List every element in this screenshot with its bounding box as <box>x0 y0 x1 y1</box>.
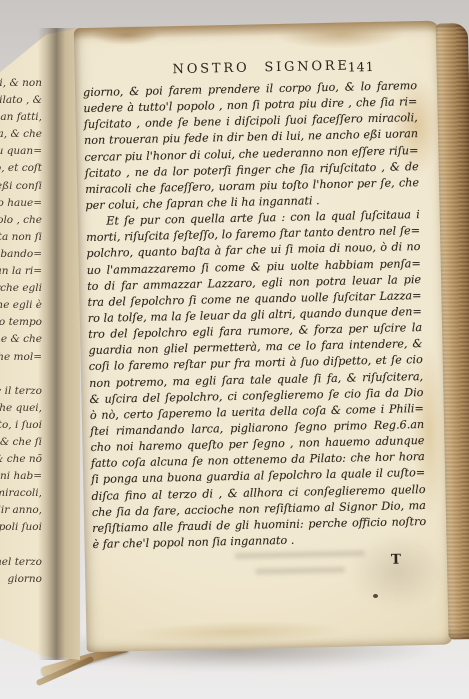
left-page-line-fragment: i, & non <box>0 75 42 92</box>
left-page-line-fragment: r che egli è <box>0 297 42 314</box>
left-page-line-fragment: perche egli <box>0 280 42 297</box>
signature-mark: T <box>391 552 401 568</box>
page-stain <box>276 19 407 50</box>
left-page-line-fragment: Pilato , & <box>0 92 42 109</box>
left-page-line-fragment: ono haue= <box>0 195 42 212</box>
left-page-line-fragment: oco tempo <box>0 314 42 331</box>
page-number: 141 <box>348 59 375 75</box>
left-page-line-fragment: ſcipoli ſuoi <box>0 519 42 536</box>
left-page-line-fragment: nel terzo <box>0 554 42 571</box>
left-page-line-fragment: uean fatti, <box>0 109 42 126</box>
right-page: NOSTRO SIGNORE. 141 giorno, & poi farem … <box>74 21 453 653</box>
left-page-line-fragment: giorno <box>0 571 42 588</box>
wormhole <box>373 594 378 598</box>
page-text: giorno, & poi farem prendere il corpo ſu… <box>83 78 427 553</box>
left-page-line-fragment: & che nõ <box>0 451 42 468</box>
left-page-line-fragment: e il terzo <box>0 383 42 400</box>
left-page-line-fragment: o, et coſt <box>0 160 42 177</box>
left-page-line-fragment: dir anno, <box>0 502 42 519</box>
left-page-line-fragment: ne & che <box>0 331 42 348</box>
bleed-through-stain <box>235 550 365 559</box>
left-page-line-fragment: aran la ri= <box>0 263 42 280</box>
left-page-line-fragment <box>0 537 42 554</box>
left-page-line-fragment <box>0 366 42 383</box>
left-page: i, & nonPilato , &uean fatti,ta, & cheſu… <box>0 28 80 660</box>
left-page-line-fragment: o che mol= <box>0 349 42 366</box>
left-page-line-fragment: l'abando= <box>0 246 42 263</box>
book-photograph: i, & nonPilato , &uean fatti,ta, & cheſu… <box>0 0 469 699</box>
left-page-line-fragment: o, & che ſi <box>0 434 42 451</box>
left-page-line-fragment: polo , che <box>0 212 42 229</box>
left-page-line-fragment: ta, & che <box>0 126 42 143</box>
left-page-line-fragment: che quei, <box>0 400 42 417</box>
page-stain <box>126 619 346 646</box>
bleed-through-stain <box>255 567 345 575</box>
left-page-line-fragment: omini hab= <box>0 468 42 485</box>
left-page-line-fragment: ſu quan= <box>0 143 42 160</box>
left-page-line-fragment: tato, i ſuoi <box>0 417 42 434</box>
page-stain <box>92 24 162 45</box>
right-page-assembly: NOSTRO SIGNORE. 141 giorno, & poi farem … <box>74 20 469 660</box>
left-page-line-fragment: uita non ſi <box>0 229 42 246</box>
left-page-line-fragment: e eßi conſi <box>0 178 42 195</box>
left-page-line-fragment: miracoli, <box>0 485 42 502</box>
left-page-text-fragments: i, & nonPilato , &uean fatti,ta, & cheſu… <box>0 75 42 588</box>
page-stain <box>74 21 440 41</box>
